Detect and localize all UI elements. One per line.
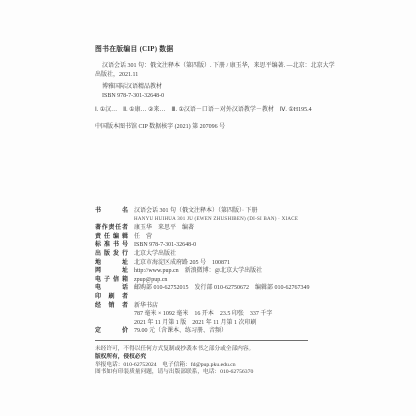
cip-heading: 图书在版编目 (CIP) 数据	[95, 43, 319, 53]
colophon-table: 书名 汉语会话 301 句（俄文注释本）（第四版）· 下册 HANYU HUIH…	[95, 207, 345, 336]
row-distributor: 经销者 新华书店 787 毫米 × 1092 毫米 16 开本 23.5 印张 …	[95, 302, 345, 328]
cip-description-line-1: 汉语会话 301 句：俄文注释本（第四版）. 下册 / 康玉华，来思平编著. —…	[95, 62, 319, 71]
edition-printing: 2021 年 11 月第 1 版 2021 年 11 月第 1 次印刷	[134, 319, 272, 328]
field-label: 经销者	[95, 302, 128, 311]
row-website: 网址 http://www.pup.cn 新浪微博：@北京大学出版社	[95, 267, 345, 276]
field-label: 定价	[95, 327, 128, 336]
price: 79.00 元（含课本、练习册、音频）	[134, 327, 227, 336]
row-isbn: 标准书号 ISBN 978-7-301-32648-0	[95, 241, 345, 250]
book-title: 汉语会话 301 句（俄文注释本）（第四版）· 下册	[134, 207, 298, 216]
horizontal-rule	[95, 340, 308, 341]
row-editor: 责任编辑 任 营	[95, 233, 345, 242]
publisher: 北京大学出版社	[134, 250, 176, 259]
field-label: 印刷者	[95, 293, 128, 302]
standard-book-number: ISBN 978-7-301-32648-0	[134, 241, 196, 250]
row-phone: 电话 邮购部 010-62752015 发行部 010-62750672 编辑部…	[95, 284, 345, 293]
row-email: 电子信箱 zpup@pup.cn	[95, 276, 345, 285]
field-label: 电话	[95, 284, 128, 293]
cip-classification: Ⅰ. ①汉… Ⅱ. ①康… ②来… Ⅲ. ①汉语－口语－对外汉语教学－教材 Ⅳ.…	[95, 106, 319, 115]
field-label: 书名	[95, 207, 128, 216]
field-label: 责任编辑	[95, 233, 128, 242]
format-spec: 787 毫米 × 1092 毫米 16 开本 23.5 印张 337 千字	[134, 310, 272, 319]
row-authors: 著作责任者 康玉华 来思平 编著	[95, 224, 345, 233]
book-title-pinyin: HANYU HUIHUA 301 JU (EWEN ZHUSHIBEN) (DI…	[134, 216, 298, 225]
cip-isbn: ISBN 978-7-301-32648-0	[95, 92, 319, 101]
publisher-phones: 邮购部 010-62752015 发行部 010-62750672 编辑部 01…	[134, 284, 310, 293]
row-address: 地址 北京市海淀区成府路 205 号 100871	[95, 259, 345, 268]
no-copy-notice: 未经许可，不得以任何方式复制或抄袭本书之部分或全部内容。	[95, 346, 325, 354]
row-publisher: 出版发行 北京大学出版社	[95, 250, 345, 259]
copyright-statement: 版权所有，侵权必究	[95, 354, 325, 362]
row-printer: 印刷者	[95, 293, 345, 302]
authors: 康玉华 来思平 编著	[134, 224, 194, 233]
field-label: 电子信箱	[95, 276, 128, 285]
publisher-address: 北京市海淀区成府路 205 号 100871	[134, 259, 230, 268]
legal-notices: 未经许可，不得以任何方式复制或抄袭本书之部分或全部内容。 版权所有，侵权必究 举…	[95, 346, 325, 377]
cip-series: 博雅国际汉语精品教材	[95, 83, 319, 92]
cip-record-number: 中国版本图书馆 CIP 数据核字 (2021) 第 207096 号	[95, 123, 319, 132]
editor: 任 营	[134, 233, 152, 242]
field-label: 出版发行	[95, 250, 128, 259]
row-price: 定价 79.00 元（含课本、练习册、音频）	[95, 327, 345, 336]
field-label: 著作责任者	[95, 224, 128, 233]
field-label: 标准书号	[95, 241, 128, 250]
quality-contact: 图书如有印装质量问题，请与出版部联系，电话：010-62756370	[95, 369, 325, 377]
book-copyright-page: 图书在版编目 (CIP) 数据 汉语会话 301 句：俄文注释本（第四版）. 下…	[0, 0, 416, 416]
publisher-email: zpup@pup.cn	[134, 276, 167, 285]
cip-data-block: 图书在版编目 (CIP) 数据 汉语会话 301 句：俄文注释本（第四版）. 下…	[95, 43, 319, 132]
publisher-website: http://www.pup.cn 新浪微博：@北京大学出版社	[134, 267, 262, 276]
field-label: 网址	[95, 267, 128, 276]
row-book-title: 书名 汉语会话 301 句（俄文注释本）（第四版）· 下册 HANYU HUIH…	[95, 207, 345, 224]
cip-description-line-2: 出版社，2021.11	[95, 71, 319, 80]
distributor: 新华书店	[134, 302, 272, 311]
field-label: 地址	[95, 259, 128, 268]
